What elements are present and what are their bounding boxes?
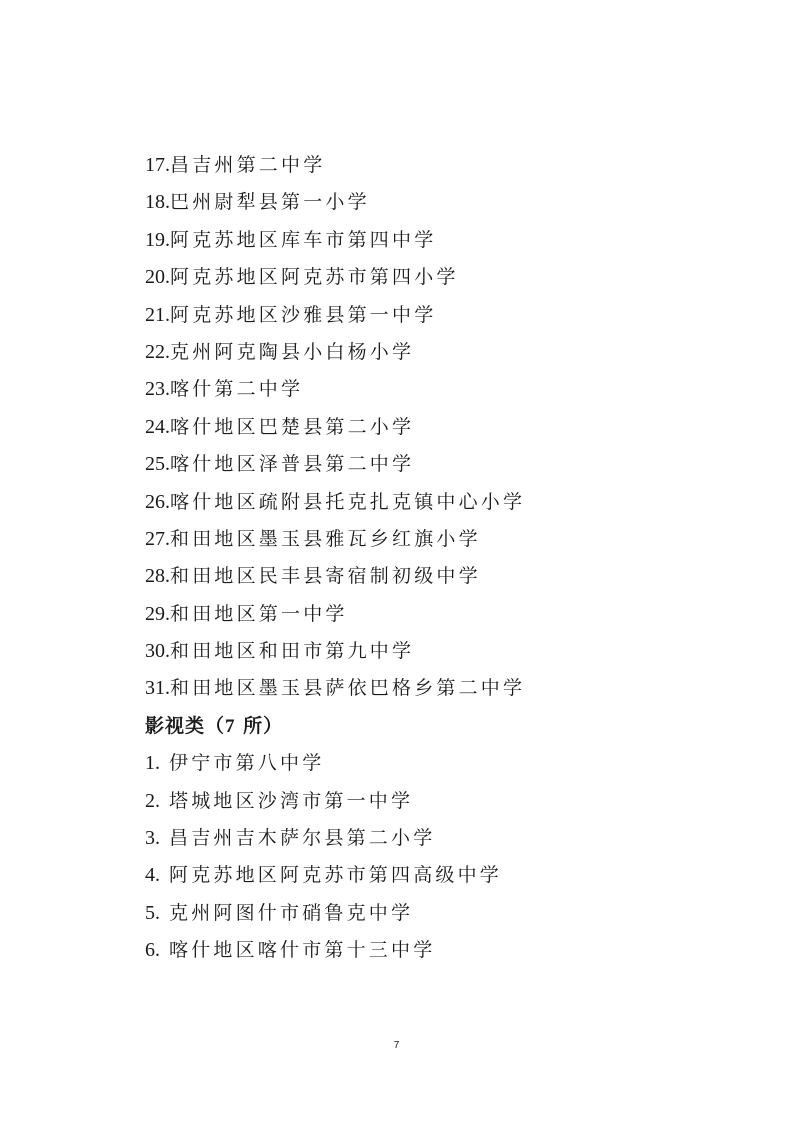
school-list: 17.昌吉州第二中学 18.巴州尉犁县第一小学 19.阿克苏地区库车市第四中学 … [145, 147, 525, 970]
list-item: 22.克州阿克陶县小白杨小学 [145, 334, 525, 371]
list-item: 26.喀什地区疏附县托克扎克镇中心小学 [145, 484, 525, 521]
list-item: 27.和田地区墨玉县雅瓦乡红旗小学 [145, 521, 525, 558]
document-page: 17.昌吉州第二中学 18.巴州尉犁县第一小学 19.阿克苏地区库车市第四中学 … [0, 0, 793, 1122]
list-item: 17.昌吉州第二中学 [145, 147, 525, 184]
list-item: 3.昌吉州吉木萨尔县第二小学 [145, 820, 525, 857]
list-item: 25.喀什地区泽普县第二中学 [145, 446, 525, 483]
list-item: 20.阿克苏地区阿克苏市第四小学 [145, 259, 525, 296]
list-item: 28.和田地区民丰县寄宿制初级中学 [145, 558, 525, 595]
section-heading: 影视类（7 所） [145, 708, 525, 745]
list-item: 2.塔城地区沙湾市第一中学 [145, 783, 525, 820]
list-item: 18.巴州尉犁县第一小学 [145, 184, 525, 221]
list-item: 19.阿克苏地区库车市第四中学 [145, 222, 525, 259]
list-item: 1.伊宁市第八中学 [145, 745, 525, 782]
list-item: 31.和田地区墨玉县萨依巴格乡第二中学 [145, 670, 525, 707]
list-item: 23.喀什第二中学 [145, 371, 525, 408]
list-item: 30.和田地区和田市第九中学 [145, 633, 525, 670]
list-item: 4.阿克苏地区阿克苏市第四高级中学 [145, 857, 525, 894]
list-item: 21.阿克苏地区沙雅县第一中学 [145, 297, 525, 334]
list-item: 5.克州阿图什市硝鲁克中学 [145, 895, 525, 932]
list-item: 24.喀什地区巴楚县第二小学 [145, 409, 525, 446]
list-item: 6.喀什地区喀什市第十三中学 [145, 932, 525, 969]
list-item: 29.和田地区第一中学 [145, 596, 525, 633]
page-number: 7 [0, 1040, 793, 1051]
